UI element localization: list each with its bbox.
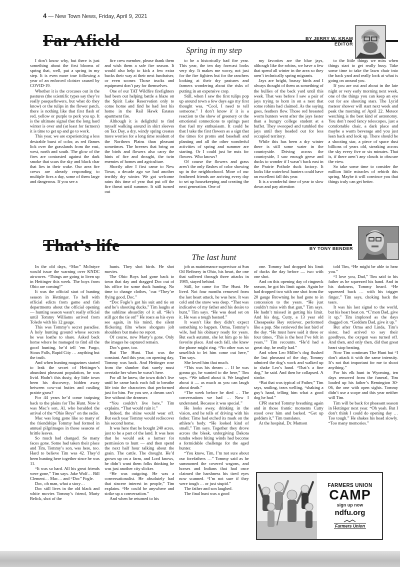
ad-camp-title: CAMP [329,489,371,502]
page-bottom-edge [0,551,400,567]
far-afield-column-1: I don’t know why, but there is just some… [30,58,100,216]
folio-line: 4— New Town News, Friday, April 9, 2021 [43,12,400,22]
last-hunt-subhead: The last hunt [30,252,398,262]
camp-kids-graphic [257,473,317,539]
last-hunt-column-1: In the old days, “Mac” McIntyre would is… [30,264,100,546]
last-hunt-column-2: hunts. They shot birds. He shot movies.T… [105,264,175,546]
author-byline-name: BY TONY BENDER [233,246,353,251]
far-afield-column-3: to be a historically bad fire year. This… [179,58,249,216]
far-afield-rule-segment [386,40,398,42]
far-afield-column-2: fire crew member, please thank them and … [105,58,175,216]
camp-photo [257,473,317,539]
far-afield-column-4: my favorites are the blue jays, although… [254,58,324,216]
last-hunt-column-5: told Tim, “He might be able to hear you.… [328,264,398,455]
last-hunt-column-4: one. Tommy had dropped his limit of duck… [254,264,324,455]
last-hunt-column-3: job as maintenance supervisor at Sun Oil… [179,264,249,546]
farmers-union-camp-ad: FARMERS UNION CAMP sign up now ndfu.org … [256,472,383,540]
farmers-union-logo-text: Farmers Union [334,523,366,529]
folio-text: — New Town News, Friday, April 9, 2021 [48,14,147,20]
farmers-union-logo: Farmers Union [334,519,366,529]
far-afield-subhead: Spring in my step [30,46,398,55]
far-afield-column-5: to the little things we miss when things… [328,58,398,216]
ad-signup-text: sign up now [337,503,363,508]
ad-url: ndfu.org [335,509,365,518]
far-afield-body: I don’t know why, but there is just some… [30,58,398,216]
ad-text-panel: FARMERS UNION CAMP sign up now ndfu.org … [317,473,382,539]
page-number: 4 [43,12,47,20]
newspaper-page: 4— New Town News, Friday, April 9, 2021 … [0,0,400,567]
